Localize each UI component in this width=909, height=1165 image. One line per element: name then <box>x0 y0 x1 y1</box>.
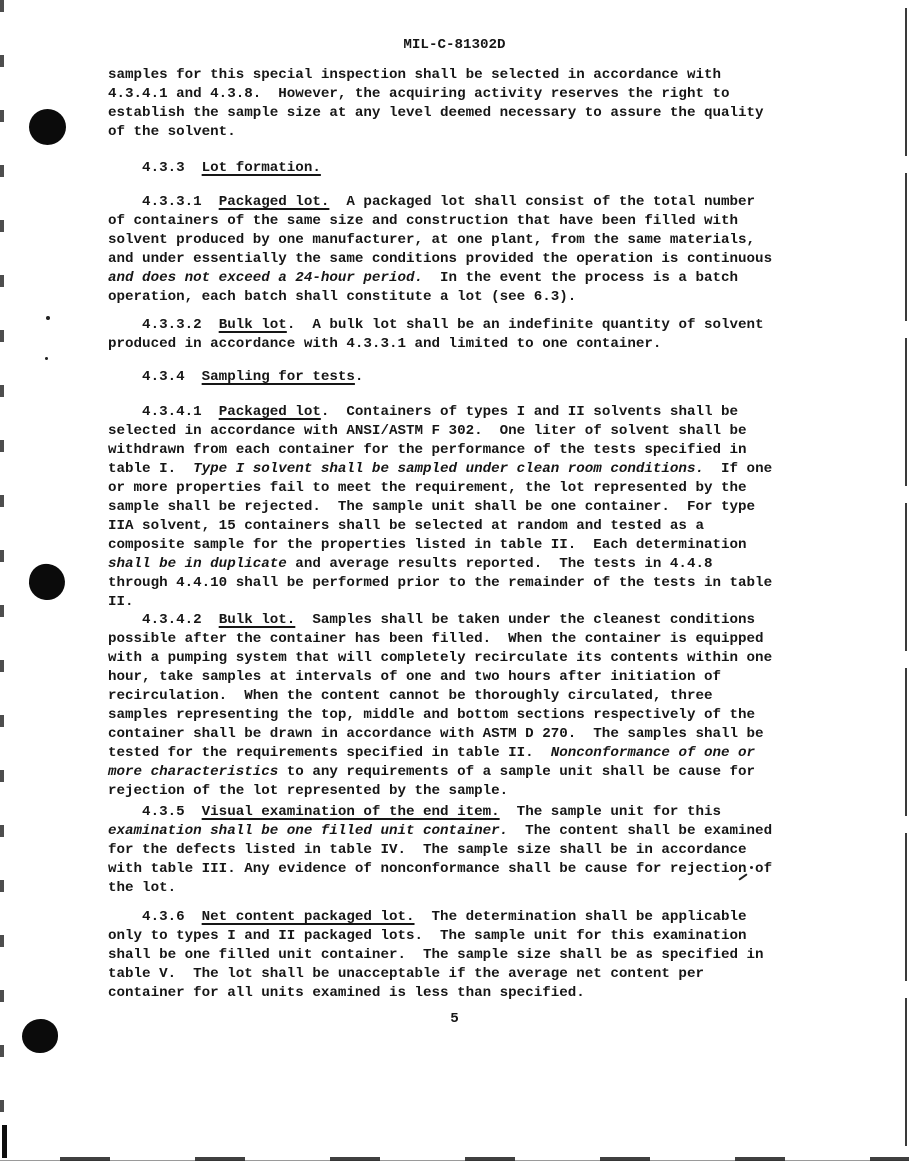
run-italic: Type I solvent shall be sampled under cl… <box>193 461 704 477</box>
paragraph-p-4342: 4.3.4.2 Bulk lot. Samples shall be taken… <box>108 611 772 801</box>
scan-speck <box>750 866 753 869</box>
run-underlined: Visual examination of the end item. <box>202 804 500 820</box>
scan-speck <box>45 357 48 360</box>
run-underlined: Lot formation. <box>202 160 321 176</box>
run-italic: and does not exceed a 24-hour period. <box>108 270 423 286</box>
run-text: 4.3.3.1 <box>108 194 219 210</box>
run-text: Samples shall be taken under the cleanes… <box>108 612 772 761</box>
run-text: 4.3.4.2 <box>108 612 219 628</box>
text-body: samples for this special inspection shal… <box>108 0 868 1165</box>
run-text: samples for this special inspection shal… <box>108 67 764 140</box>
run-text: The sample unit for this <box>500 804 721 820</box>
paragraph-p-4341: 4.3.4.1 Packaged lot. Containers of type… <box>108 403 772 612</box>
punch-hole-icon <box>29 109 66 145</box>
run-underlined: Sampling for tests <box>202 369 355 385</box>
run-text: 4.3.6 <box>108 909 202 925</box>
run-italic: shall be in duplicate <box>108 556 287 572</box>
punch-hole-icon <box>22 1019 58 1053</box>
paragraph-p-4331: 4.3.3.1 Packaged lot. A packaged lot sha… <box>108 193 772 307</box>
paragraph-h-433: 4.3.3 Lot formation. <box>108 159 321 178</box>
paragraph-p-436: 4.3.6 Net content packaged lot. The dete… <box>108 908 764 1003</box>
punch-hole-icon <box>27 562 68 603</box>
run-underlined: Packaged lot <box>219 404 321 420</box>
scan-speck <box>46 316 50 320</box>
run-text: 4.3.4.1 <box>108 404 219 420</box>
paragraph-p-4332: 4.3.3.2 Bulk lot. A bulk lot shall be an… <box>108 316 764 354</box>
run-text: 4.3.3 <box>108 160 202 176</box>
page-number: 5 <box>0 1010 909 1029</box>
run-underlined: Net content packaged lot. <box>202 909 415 925</box>
paragraph-h-434: 4.3.4 Sampling for tests. <box>108 368 363 387</box>
run-underlined: Bulk lot <box>219 317 287 333</box>
run-italic: examination shall be one filled unit con… <box>108 823 508 839</box>
left-edge-dashed-border <box>0 0 4 1125</box>
left-bottom-scan-bar <box>2 1125 7 1158</box>
run-underlined: Packaged lot. <box>219 194 330 210</box>
paragraph-p-435: 4.3.5 Visual examination of the end item… <box>108 803 772 898</box>
run-text: 4.3.5 <box>108 804 202 820</box>
run-underlined: Bulk lot. <box>219 612 296 628</box>
run-text: 4.3.4 <box>108 369 202 385</box>
run-text: 4.3.3.2 <box>108 317 219 333</box>
right-edge-dashed-border <box>905 8 907 1155</box>
document-page: MIL-C-81302D samples for this special in… <box>0 0 909 1165</box>
paragraph-p-intro: samples for this special inspection shal… <box>108 66 764 142</box>
bottom-edge-dashed-border <box>60 1157 909 1161</box>
run-text: . <box>355 369 364 385</box>
